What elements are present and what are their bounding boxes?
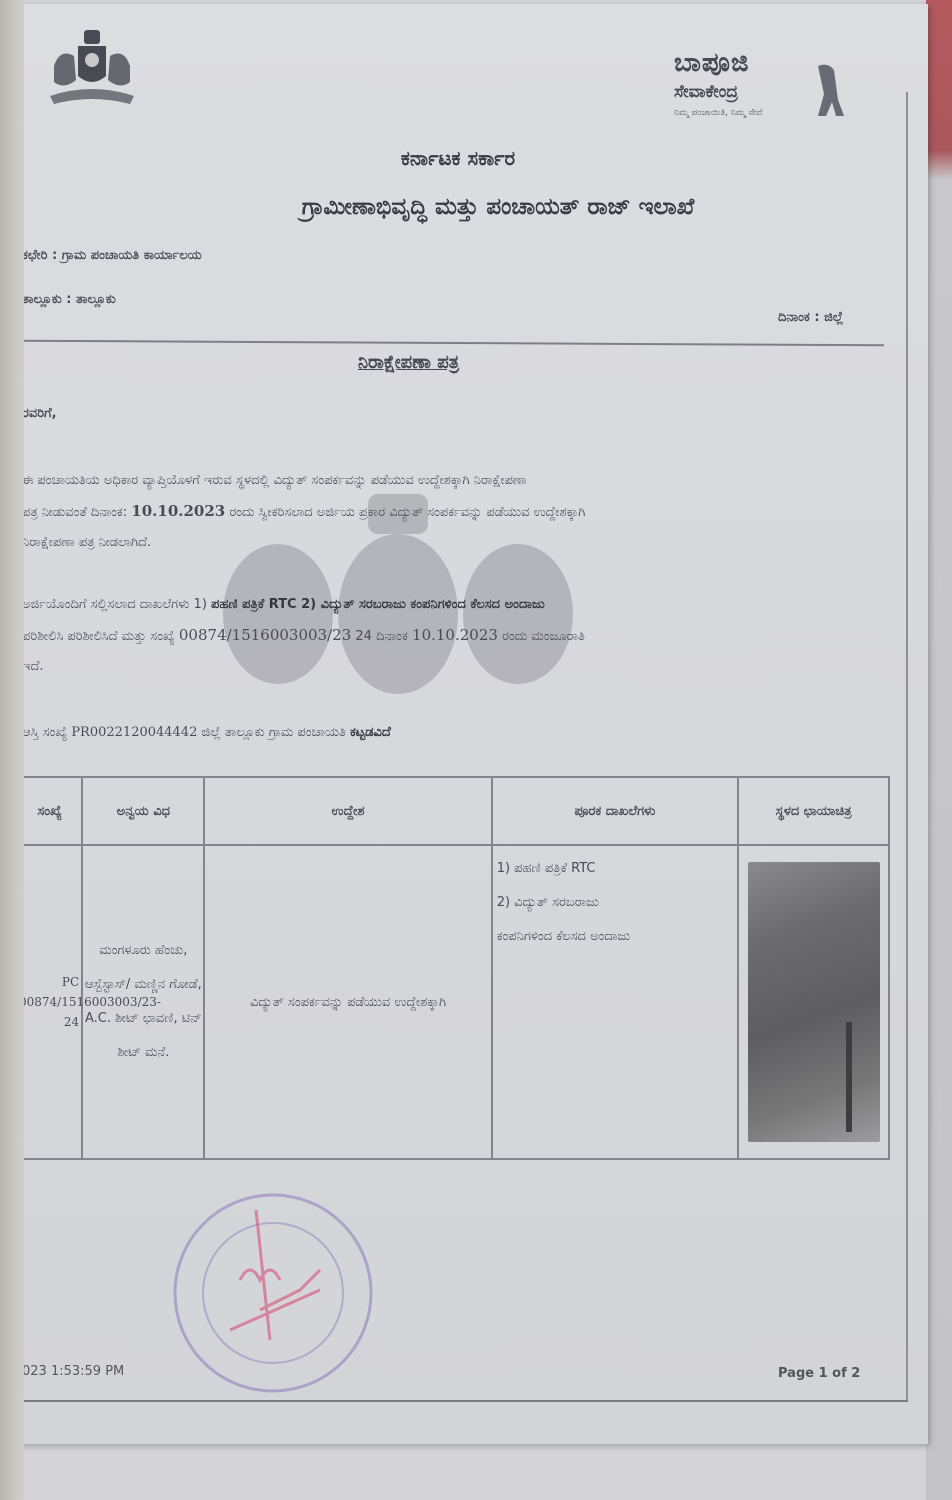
cell-site-photo (738, 845, 889, 1159)
sanction-date: 10.10.2023 (412, 626, 498, 644)
karnataka-emblem-icon (44, 26, 140, 114)
logo-title: ಬಾಪೂಜಿ (674, 48, 749, 79)
salutation: ರವರಿಗೆ, (22, 406, 57, 421)
logo-tagline: ನಿಮ್ಮ ಪಂಚಾಯಿತಿ, ನಿಮ್ಮ ಸೇವೆ (674, 108, 762, 118)
print-timestamp: 023 1:53:59 PM (22, 1364, 124, 1379)
date-line: ದಿನಾಂಕ : ಜಿಲ್ಲೆ (778, 310, 843, 325)
works-table: ಸಂಖ್ಯೆ ಅನ್ವಯ ವಿಧ ಉದ್ದೇಶ ಪೂರಕ ದಾಖಲೆಗಳು ಸ್… (16, 776, 890, 1160)
application-date: 10.10.2023 (131, 502, 225, 520)
cell-application-type: ಮಂಗಳೂರು ಹೆಂಚು, ಆಸ್ಬೆಸ್ಟಾಸ್/ ಮಣ್ಣಿನ ಗೋಡೆ,… (82, 845, 204, 1159)
para2-line2: ಪರಿಶೀಲಿಸಿ ಪರಿಶೀಲಿಸಿದೆ ಮತ್ತು ಸಂಖ್ಯೆ 00874… (22, 620, 585, 652)
cell-purpose: ವಿದ್ಯುತ್ ಸಂಪರ್ಕವನ್ನು ಪಡೆಯುವ ಉದ್ದೇಶಕ್ಕಾಗಿ (204, 845, 491, 1159)
official-seal-icon (170, 1190, 376, 1396)
department-title: ಗ್ರಾಮೀಣಾಭಿವೃದ್ಧಿ ಮತ್ತು ಪಂಚಾಯತ್ ರಾಜ್ ಇಲಾಖ… (58, 194, 938, 220)
binding-spine (0, 0, 24, 1500)
reference-number: 00874/1516003003/23 (179, 626, 351, 644)
office-line: ಕಛೇರಿ : ಗ್ರಾಮ ಪಂಚಾಯತಿ ಕಾರ್ಯಾಲಯ (22, 248, 202, 263)
table-row: PC 00874/1516003003/23-24 ಮಂಗಳೂರು ಹೆಂಚು,… (17, 845, 889, 1159)
page-border-right (906, 92, 908, 1402)
para1-line3: ನಿರಾಕ್ಷೇಪಣಾ ಪತ್ರ ನೀಡಲಾಗಿದೆ. (22, 528, 585, 558)
header-site-photo: ಸ್ಥಳದ ಛಾಯಾಚಿತ್ರ (738, 777, 889, 845)
paragraph-documents: ಅರ್ಜಿಯೊಂದಿಗೆ ಸಲ್ಲಿಸಲಾದ ದಾಖಲೆಗಳು 1) ಪಹಣಿ … (22, 590, 585, 682)
para2-line1: ಅರ್ಜಿಯೊಂದಿಗೆ ಸಲ್ಲಿಸಲಾದ ದಾಖಲೆಗಳು 1) ಪಹಣಿ … (22, 590, 585, 620)
header-number: ಸಂಖ್ಯೆ (17, 777, 82, 845)
logo-subtitle: ಸೇವಾಕೇಂದ್ರ (674, 82, 738, 102)
document-heading: ನಿರಾಕ್ಷೇಪಣಾ ಪತ್ರ (358, 352, 459, 373)
bapuji-seva-kendra-logo: ಬಾಪೂಜಿ ಸೇವಾಕೇಂದ್ರ ನಿಮ್ಮ ಪಂಚಾಯಿತಿ, ನಿಮ್ಮ … (670, 48, 850, 128)
government-title: ಕರ್ನಾಟಕ ಸರ್ಕಾರ (18, 146, 898, 170)
para1-line1: ಈ ಪಂಚಾಯತಿಯ ಅಧಿಕಾರ ವ್ಯಾಪ್ತಿಯೊಳಗೆ ಇರುವ ಸ್ಥ… (22, 466, 585, 496)
property-id: PR0022120044442 (71, 725, 197, 740)
paragraph-application: ಈ ಪಂಚಾಯತಿಯ ಅಧಿಕಾರ ವ್ಯಾಪ್ತಿಯೊಳಗೆ ಇರುವ ಸ್ಥ… (22, 466, 585, 558)
taluk-line: ತಾಲ್ಲೂಕು : ತಾಲ್ಲೂಕು (22, 292, 116, 307)
header-purpose: ಉದ್ದೇಶ (204, 777, 491, 845)
site-photo (748, 862, 880, 1142)
page-number: Page 1 of 2 (778, 1366, 860, 1381)
page-border-bottom (18, 1400, 908, 1402)
header-documents: ಪೂರಕ ದಾಖಲೆಗಳು (492, 777, 739, 845)
cell-number: PC 00874/1516003003/23-24 (17, 845, 82, 1159)
folder-edge (926, 0, 952, 1500)
document-page: ಬಾಪೂಜಿ ಸೇವಾಕೇಂದ್ರ ನಿಮ್ಮ ಪಂಚಾಯಿತಿ, ನಿಮ್ಮ … (18, 4, 928, 1444)
paragraph-property: ಆಸ್ತಿ ಸಂಖ್ಯೆ PR0022120044442 ಜಿಲ್ಲೆ ತಾಲ್… (22, 718, 391, 748)
para1-line2: ಪತ್ರ ನೀಡುವಂತೆ ದಿನಾಂಕ: 10.10.2023 ರಂದು ಸ್… (22, 496, 585, 528)
para2-line3: ಇದೆ. (22, 652, 585, 682)
cell-documents: 1) ಪಹಣಿ ಪತ್ರಿಕೆ RTC 2) ವಿದ್ಯುತ್ ಸರಬರಾಜು … (492, 845, 739, 1159)
header-application-type: ಅನ್ವಯ ವಿಧ (82, 777, 204, 845)
header-divider (18, 340, 884, 347)
table-header-row: ಸಂಖ್ಯೆ ಅನ್ವಯ ವಿಧ ಉದ್ದೇಶ ಪೂರಕ ದಾಖಲೆಗಳು ಸ್… (17, 777, 889, 845)
gandhi-icon (810, 62, 846, 118)
